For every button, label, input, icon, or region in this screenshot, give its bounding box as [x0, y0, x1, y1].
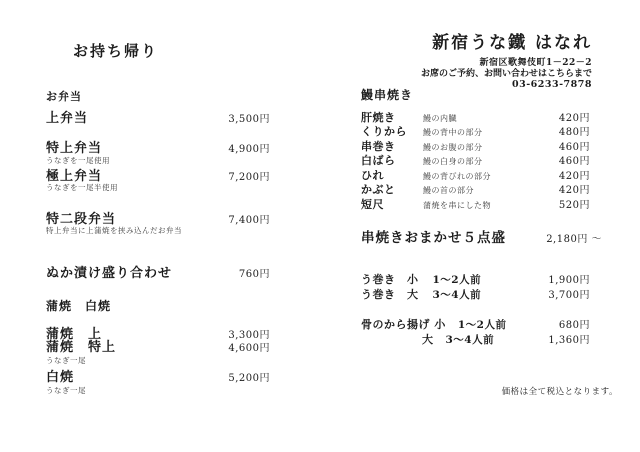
- item-name: かぶと: [361, 184, 423, 197]
- item-note: うなぎ一尾: [46, 387, 86, 396]
- item-price: 420円: [559, 185, 590, 197]
- menu-item-row: 特上弁当 4,900円: [46, 142, 270, 157]
- item-price: 3,500円: [228, 114, 270, 126]
- menu-item-row: 肝焼き 鰻の内臓 420円: [361, 112, 590, 125]
- menu-item-row: 大 3～4人前 1,360円: [361, 334, 590, 347]
- item-price: 1,360円: [548, 335, 590, 347]
- menu-item-row: 串巻き 鰻のお腹の部分 460円: [361, 141, 590, 154]
- item-price: 460円: [559, 142, 590, 154]
- menu-item-row: かぶと 鰻の首の部分 420円: [361, 184, 590, 197]
- restaurant-address: 新宿区歌舞伎町1－22－2: [361, 58, 592, 68]
- item-desc: 鰻の首の部分: [423, 186, 559, 195]
- item-price: 680円: [559, 320, 590, 332]
- menu-item-row: う巻き 大 3～4人前 3,700円: [361, 289, 590, 302]
- kabayaki-section-header: 蒲焼 白焼: [46, 300, 111, 314]
- item-desc: 鰻の内臓: [423, 114, 559, 123]
- takeout-menu-page: お持ち帰り お弁当 上弁当 3,500円 特上弁当 4,900円 うなぎを一尾使…: [0, 0, 640, 452]
- menu-item-row: 短尺 蒲焼を串にした物 520円: [361, 199, 590, 212]
- item-note: うなぎ一尾: [46, 357, 86, 366]
- omakase-item-row: 串焼きおまかせ５点盛 2,180円 ～: [361, 231, 602, 247]
- item-name: う巻き 小: [361, 274, 419, 287]
- restaurant-name: 新宿うな鐵 はなれ: [361, 34, 592, 54]
- item-note: うなぎを一尾使用: [46, 157, 110, 166]
- item-price: 4,600円: [228, 343, 270, 355]
- item-desc: 鰻の背中の部分: [423, 128, 559, 137]
- item-note: うなぎを一尾半使用: [46, 184, 118, 193]
- bento-section-header: お弁当: [46, 91, 82, 104]
- item-desc: 鰻の白身の部分: [423, 157, 559, 166]
- item-note: 特上弁当に上蒲焼を挟み込んだお弁当: [46, 227, 182, 236]
- menu-item-row: ひれ 鰻の背びれの部分 420円: [361, 170, 590, 183]
- item-name: 特上弁当: [46, 142, 102, 157]
- item-price: 7,200円: [228, 172, 270, 184]
- item-price: 480円: [559, 127, 590, 139]
- item-price: 460円: [559, 156, 590, 168]
- tax-note: 価格は全て税込となります。: [361, 388, 618, 398]
- item-price: 420円: [559, 171, 590, 183]
- menu-item-row: 蒲焼 特上 4,600円: [46, 341, 270, 356]
- menu-item-row: 白ばら 鰻の白身の部分 460円: [361, 155, 590, 168]
- item-name: う巻き 大: [361, 289, 419, 302]
- item-desc: 鰻の背びれの部分: [423, 172, 559, 181]
- item-name: 串焼きおまかせ５点盛: [361, 231, 506, 247]
- item-name: くりから: [361, 126, 423, 139]
- menu-item-row: くりから 鰻の背中の部分 480円: [361, 126, 590, 139]
- item-price: 3,300円: [228, 330, 270, 342]
- item-price: 4,900円: [228, 144, 270, 156]
- serving-size: 3～4人前: [446, 334, 495, 346]
- item-name: 短尺: [361, 199, 423, 212]
- item-name: 蒲焼 特上: [46, 341, 116, 356]
- item-desc: 鰻のお腹の部分: [423, 143, 559, 152]
- menu-item-row: 白焼 5,200円: [46, 371, 270, 386]
- item-name: ぬか漬け盛り合わせ: [46, 267, 172, 282]
- menu-item-row: 上弁当 3,500円: [46, 112, 270, 127]
- serving-size: 1～2人前: [433, 274, 482, 286]
- reservation-note: お席のご予約、お問い合わせはこちらまで: [361, 69, 592, 79]
- item-name: 白ばら: [361, 155, 423, 168]
- item-price: 3,700円: [548, 290, 590, 302]
- item-price: 520円: [559, 200, 590, 212]
- item-price: 1,900円: [548, 275, 590, 287]
- item-name: 白焼: [46, 371, 74, 386]
- item-name: 肝焼き: [361, 112, 423, 125]
- item-price: 2,180円 ～: [546, 234, 602, 246]
- item-price: 760円: [239, 269, 270, 281]
- item-price: 5,200円: [228, 373, 270, 385]
- item-name: 大: [361, 334, 434, 347]
- kushiyaki-section-header: 鰻串焼き: [361, 89, 413, 103]
- item-name: 骨のから揚げ 小: [361, 319, 446, 332]
- item-name: 串巻き: [361, 141, 423, 154]
- menu-item-row: 骨のから揚げ 小 1～2人前 680円: [361, 319, 590, 332]
- takeout-title: お持ち帰り: [73, 43, 158, 60]
- item-price: 7,400円: [228, 215, 270, 227]
- serving-size: 3～4人前: [433, 289, 482, 301]
- item-name: 上弁当: [46, 112, 88, 127]
- menu-item-row: う巻き 小 1～2人前 1,900円: [361, 274, 590, 287]
- item-desc: 蒲焼を串にした物: [423, 201, 559, 210]
- item-price: 420円: [559, 113, 590, 125]
- serving-size: 1～2人前: [458, 319, 507, 331]
- item-name: ひれ: [361, 170, 423, 183]
- menu-item-row: ぬか漬け盛り合わせ 760円: [46, 267, 270, 282]
